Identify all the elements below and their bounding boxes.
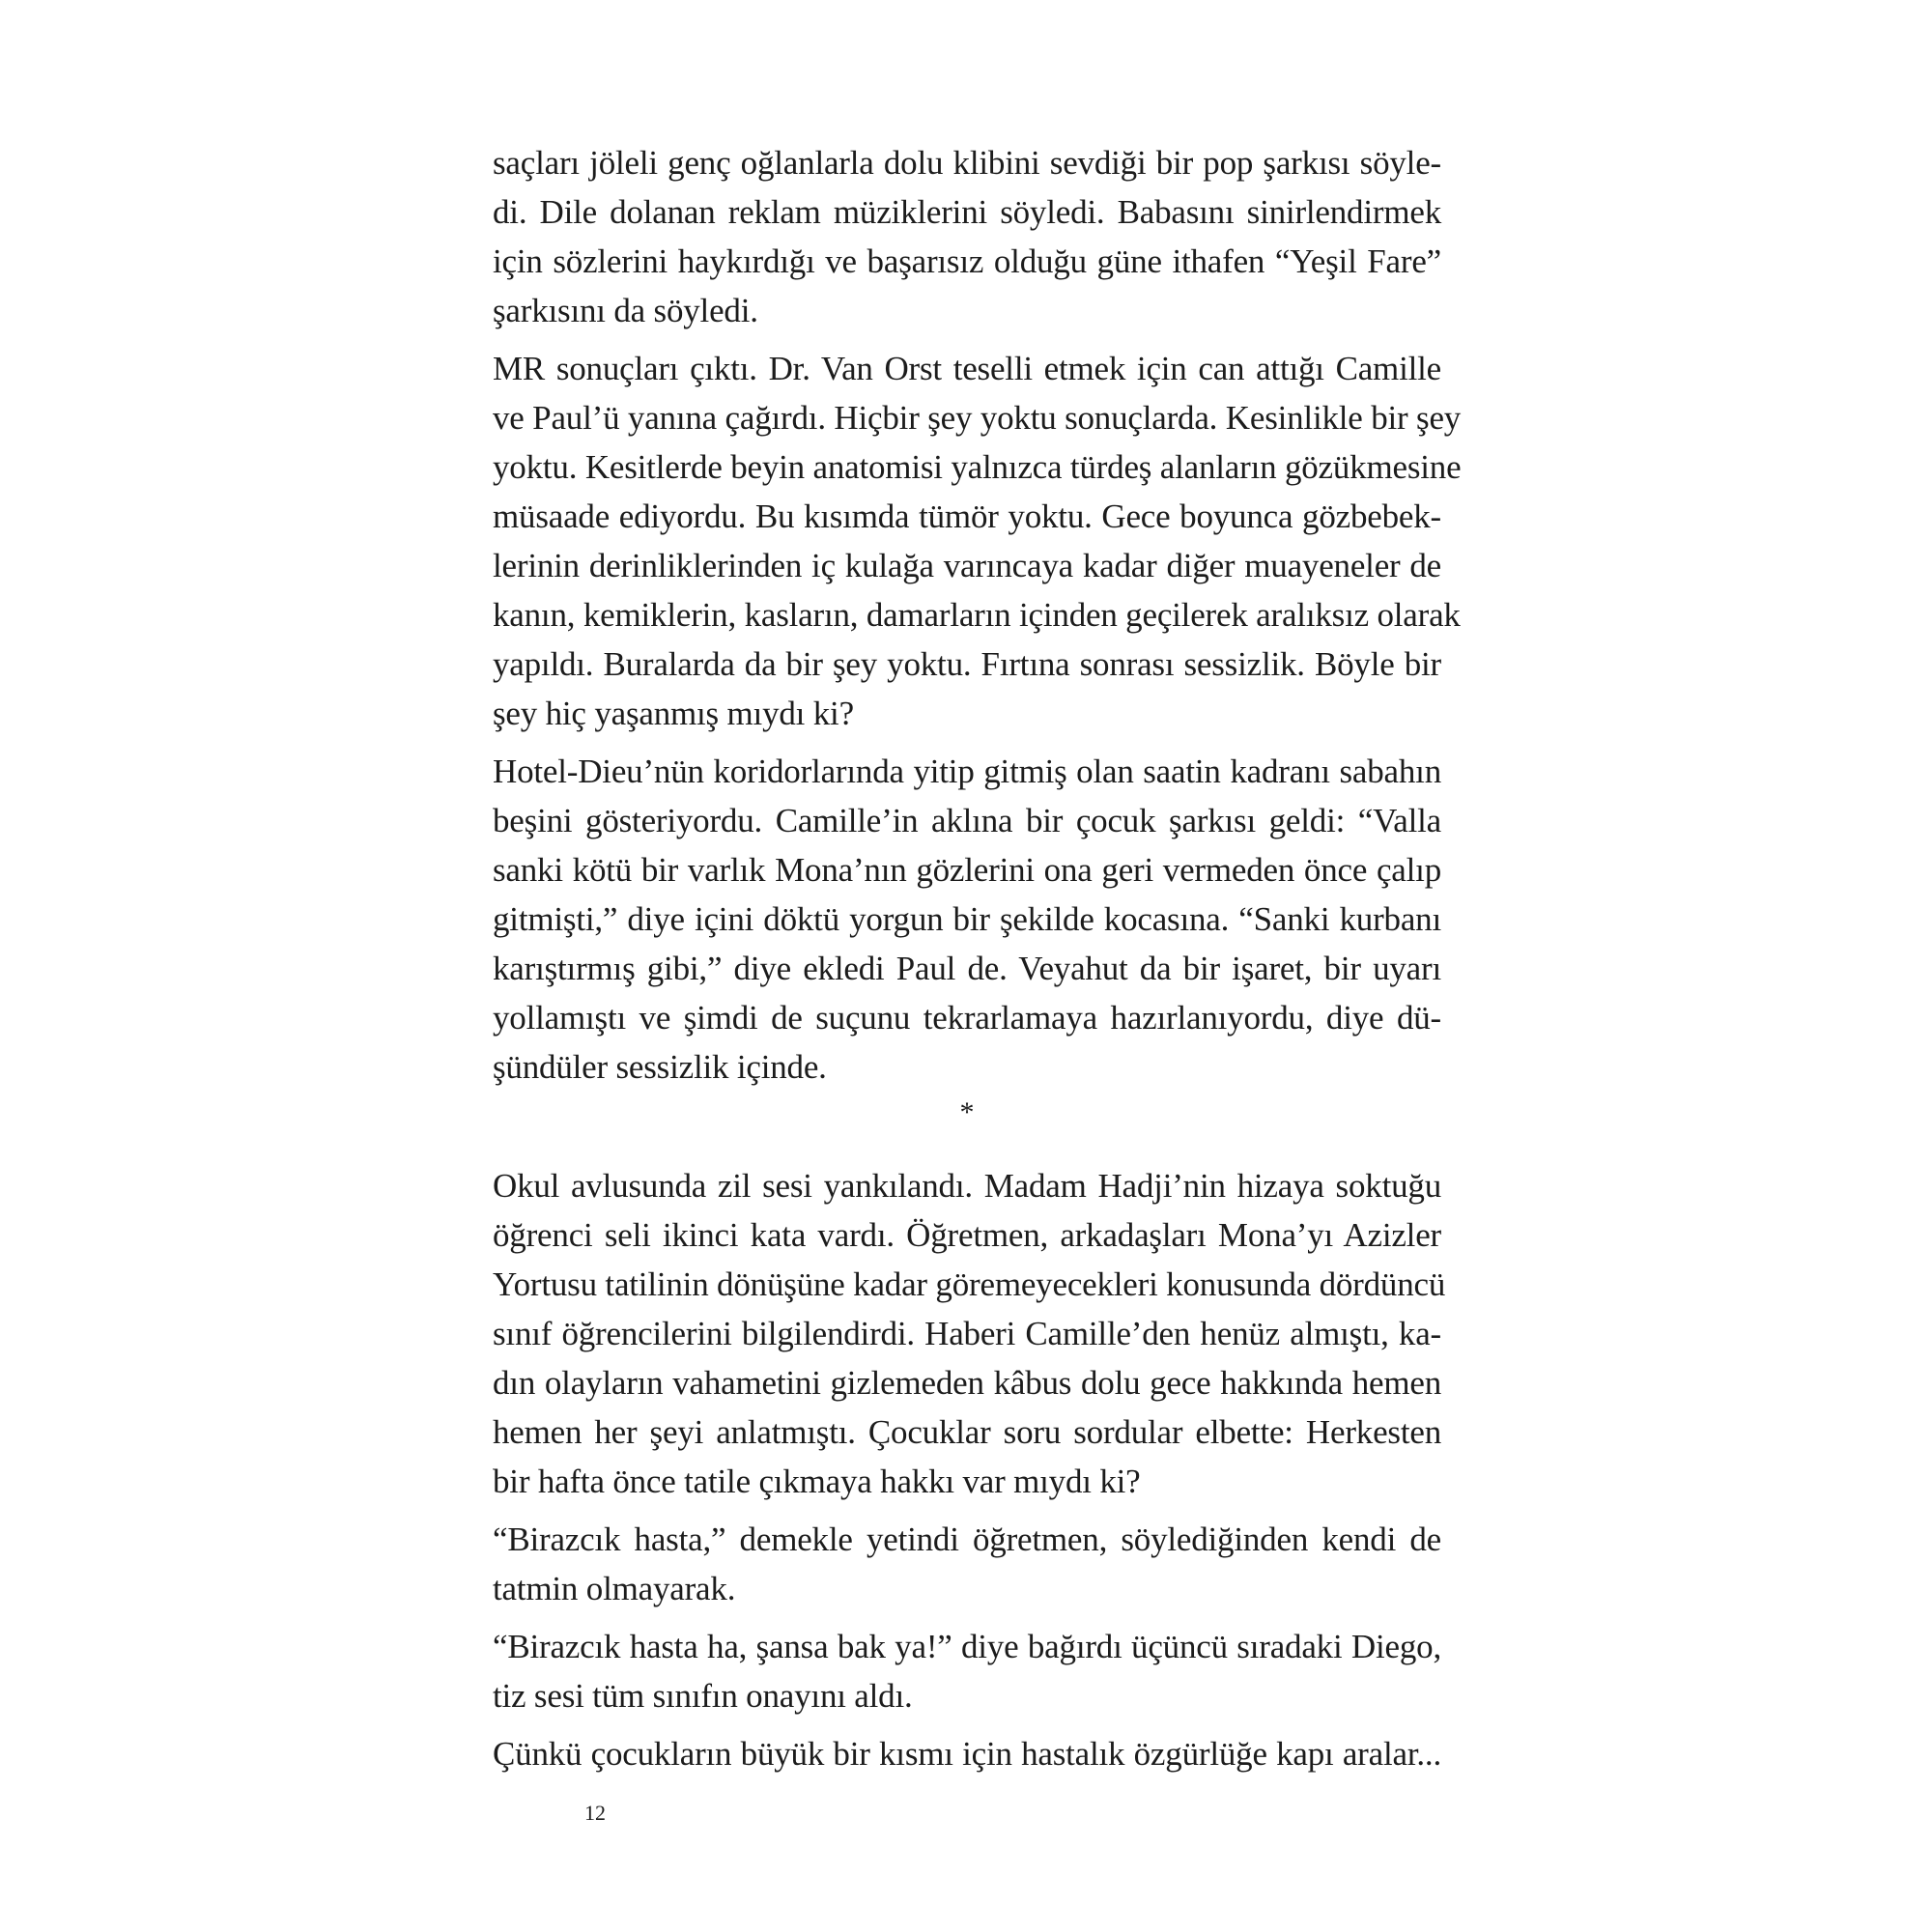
text-line: dın olayların vahametini gizlemeden kâbu… — [493, 1358, 1441, 1407]
text-line: Çünkü çocukların büyük bir kısmı için ha… — [493, 1729, 1441, 1778]
paragraph-gap — [493, 738, 1441, 747]
body-text: saçları jöleli genç oğlanlarla dolu klib… — [493, 138, 1441, 1778]
text-line: öğrenci seli ikinci kata vardı. Öğretmen… — [493, 1210, 1441, 1260]
paragraph-gap — [493, 1720, 1441, 1729]
text-line: Hotel-Dieu’nün koridorlarında yitip gitm… — [493, 747, 1441, 796]
paragraph-gap — [493, 335, 1441, 344]
text-line: “Birazcık hasta,” demekle yetindi öğretm… — [493, 1515, 1441, 1564]
page-number: 12 — [584, 1799, 606, 1828]
text-line: şey hiç yaşanmış mıydı ki? — [493, 689, 1441, 738]
text-line: yoktu. Kesitlerde beyin anatomisi yalnız… — [493, 442, 1441, 492]
text-line: MR sonuçları çıktı. Dr. Van Orst teselli… — [493, 344, 1441, 393]
text-line: di. Dile dolanan reklam müziklerini söyl… — [493, 187, 1441, 237]
paragraph: MR sonuçları çıktı. Dr. Van Orst teselli… — [493, 344, 1441, 738]
text-line: için sözlerini haykırdığı ve başarısız o… — [493, 237, 1441, 286]
paragraph-gap — [493, 1506, 1441, 1515]
text-line: bir hafta önce tatile çıkmaya hakkı var … — [493, 1457, 1441, 1506]
text-line: sanki kötü bir varlık Mona’nın gözlerini… — [493, 845, 1441, 895]
text-line: Okul avlusunda zil sesi yankılandı. Mada… — [493, 1161, 1441, 1210]
paragraph: Hotel-Dieu’nün koridorlarında yitip gitm… — [493, 747, 1441, 1092]
paragraph-gap — [493, 1613, 1441, 1622]
text-line: saçları jöleli genç oğlanlarla dolu klib… — [493, 138, 1441, 187]
paragraph: “Birazcık hasta ha, şansa bak ya!” diye … — [493, 1622, 1441, 1720]
paragraph: Çünkü çocukların büyük bir kısmı için ha… — [493, 1729, 1441, 1778]
text-line: yapıldı. Buralarda da bir şey yoktu. Fır… — [493, 639, 1441, 689]
text-line: tatmin olmayarak. — [493, 1564, 1441, 1613]
text-line: şarkısını da söyledi. — [493, 286, 1441, 335]
text-line: Yortusu tatilinin dönüşüne kadar göremey… — [493, 1260, 1441, 1309]
text-line: beşini gösteriyordu. Camille’in aklına b… — [493, 796, 1441, 845]
text-line: hemen her şeyi anlatmıştı. Çocuklar soru… — [493, 1407, 1441, 1457]
paragraph: Okul avlusunda zil sesi yankılandı. Mada… — [493, 1161, 1441, 1506]
paragraph: saçları jöleli genç oğlanlarla dolu klib… — [493, 138, 1441, 335]
text-line: “Birazcık hasta ha, şansa bak ya!” diye … — [493, 1622, 1441, 1671]
text-line: gitmişti,” diye içini döktü yorgun bir ş… — [493, 895, 1441, 944]
book-page: saçları jöleli genç oğlanlarla dolu klib… — [0, 0, 1932, 1932]
text-line: lerinin derinliklerinden iç kulağa varın… — [493, 541, 1441, 590]
text-line: müsaade ediyordu. Bu kısımda tümör yoktu… — [493, 492, 1441, 541]
paragraph: “Birazcık hasta,” demekle yetindi öğretm… — [493, 1515, 1441, 1613]
text-line: sınıf öğrencilerini bilgilendirdi. Haber… — [493, 1309, 1441, 1358]
text-line: karıştırmış gibi,” diye ekledi Paul de. … — [493, 944, 1441, 993]
text-line: şündüler sessizlik içinde. — [493, 1042, 1441, 1092]
text-line: tiz sesi tüm sınıfın onayını aldı. — [493, 1671, 1441, 1720]
text-line: ve Paul’ü yanına çağırdı. Hiçbir şey yok… — [493, 393, 1441, 442]
text-line: yollamıştı ve şimdi de suçunu tekrarlama… — [493, 993, 1441, 1042]
text-line: kanın, kemiklerin, kasların, damarların … — [493, 590, 1441, 639]
section-separator-asterisk: * — [493, 1092, 1441, 1161]
